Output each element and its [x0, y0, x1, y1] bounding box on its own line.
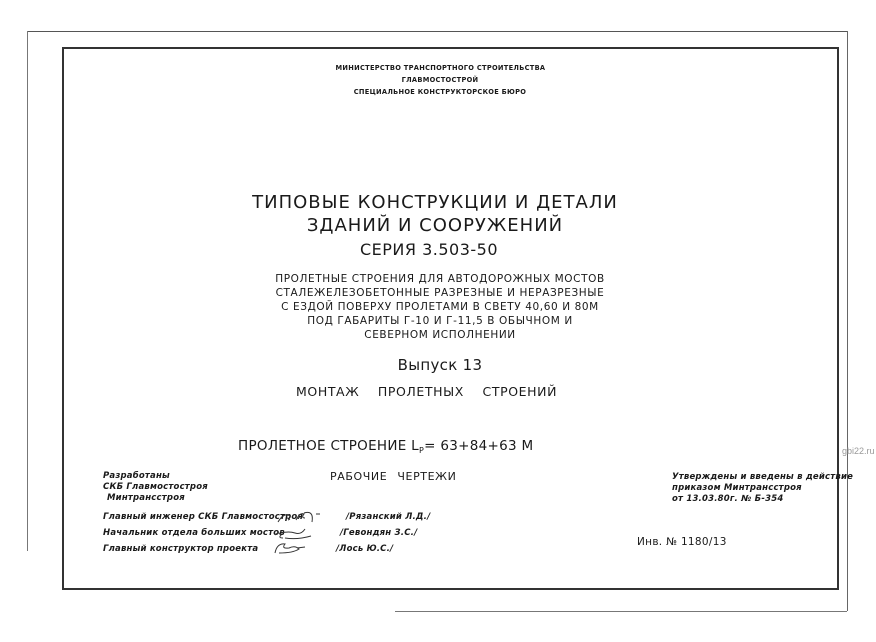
description-line: сталежелезобетонные разрезные и неразрез… — [240, 286, 640, 300]
series-number: Серия 3.503-50 — [300, 240, 600, 260]
approval-note: Утверждены и введены в действие приказом… — [672, 472, 853, 505]
span-label: Пролетное строение L — [238, 438, 419, 454]
outer-frame-left — [27, 31, 28, 551]
outer-frame-bottom — [395, 611, 847, 612]
signer-name: /Рязанский Л.Д./ — [346, 512, 430, 523]
description-line: с ездой поверху пролетами в свету 40,60 … — [240, 300, 640, 314]
inventory-label: Инв. № — [637, 536, 677, 548]
developed-by: Разработаны СКБ Главмостостроя Минтрансс… — [103, 471, 208, 504]
description: Пролетные строения для автодорожных мост… — [240, 272, 640, 342]
developed-line: Разработаны — [103, 471, 208, 482]
document-type: Рабочие чертежи — [330, 470, 456, 484]
document-title: Типовые конструкции и детали зданий и со… — [230, 191, 640, 237]
outer-frame-top — [27, 31, 847, 32]
issue-number: Выпуск 13 — [380, 356, 500, 374]
description-line: Пролетные строения для автодорожных мост… — [240, 272, 640, 286]
outer-frame-right — [847, 31, 848, 611]
inventory-value: 1180/13 — [681, 536, 727, 548]
signature-icon — [269, 541, 331, 555]
developed-line: СКБ Главмостостроя — [103, 482, 208, 493]
ministry-line: Специальное конструкторское бюро — [336, 86, 545, 98]
approval-line: Утверждены и введены в действие — [672, 472, 853, 483]
title-line: зданий и сооружений — [230, 214, 640, 237]
signer-role: Начальник отдела больших мостов — [103, 528, 285, 539]
signer-name: /Гевондян З.С./ — [340, 528, 417, 539]
signer-name: /Лось Ю.С./ — [336, 544, 393, 555]
ministry-header: Министерство транспортного строительства… — [330, 62, 550, 98]
title-line: Типовые конструкции и детали — [230, 191, 640, 214]
approval-line: приказом Минтрансстроя — [672, 483, 853, 494]
developed-line: Минтрансстроя — [103, 493, 208, 504]
span-value: = 63+84+63 м — [424, 438, 533, 454]
description-line: под габариты Г-10 и Г-11,5 в обычном и — [240, 314, 640, 328]
issue-subject: Монтаж пролетных строений — [296, 384, 557, 400]
signer-role: Главный конструктор проекта — [103, 544, 258, 555]
signature-icon — [271, 527, 333, 541]
span-structure: Пролетное строение Lр= 63+84+63 м — [238, 437, 533, 460]
approval-line: от 13.03.80г. № Б-354 — [672, 494, 853, 505]
ministry-line: Главмостострой — [336, 74, 545, 86]
ministry-line: Министерство транспортного строительства — [336, 62, 545, 74]
watermark: gbi22.ru — [842, 446, 875, 456]
signature-icon — [274, 510, 336, 524]
description-line: северном исполнении — [240, 328, 640, 342]
inventory-number: Инв. № 1180/13 — [637, 535, 727, 549]
